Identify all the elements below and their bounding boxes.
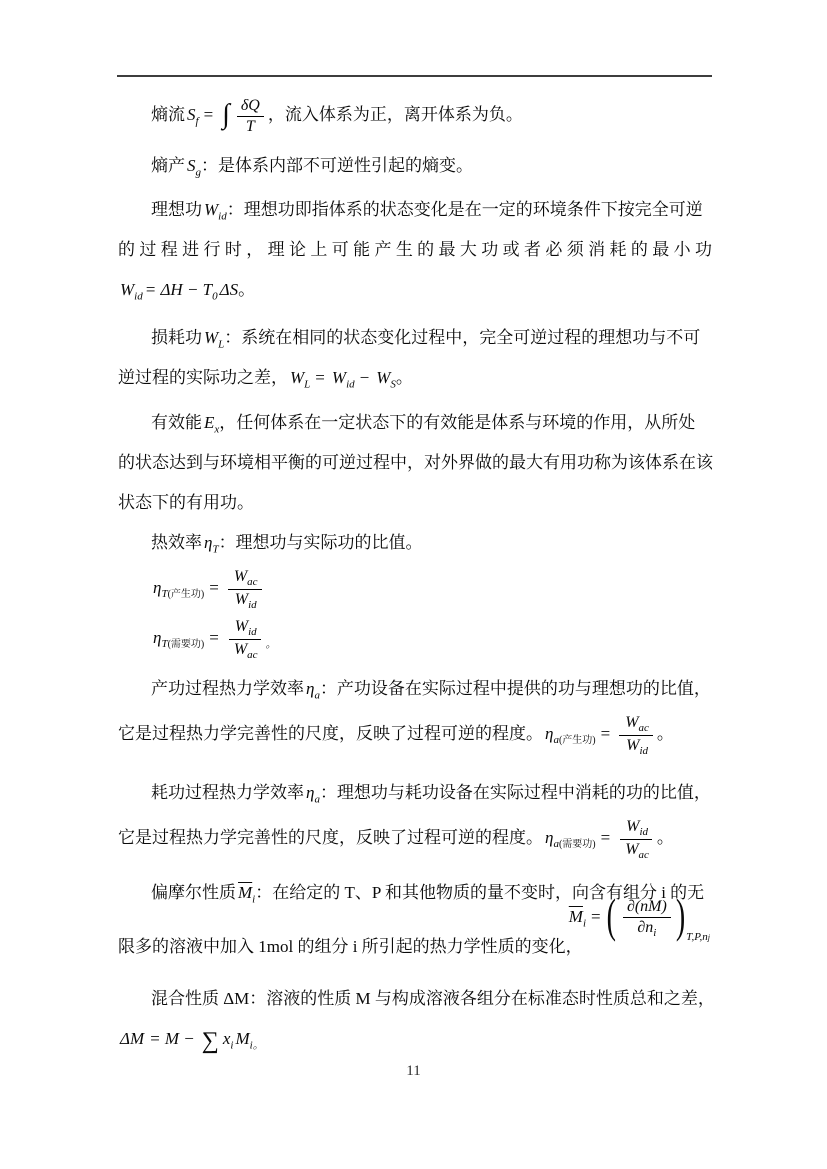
text-run: 理想功 xyxy=(151,200,202,219)
fraction-denominator: Wac xyxy=(228,640,262,661)
math-sub: T(产生功) xyxy=(161,588,204,600)
period: 。 xyxy=(657,724,674,743)
para-entropy-flow: 熵流Sf=∫δQT，流入体系为正，离开体系为负。 xyxy=(118,88,712,142)
para-exergy: 有效能Ex，任何体系在一定状态下的有效能是体系与环境的作用，从所处 的状态达到与… xyxy=(118,403,712,523)
math-var: S xyxy=(187,156,196,175)
formula-ideal-work: Wid= ΔH − T0ΔS。 xyxy=(118,270,712,310)
math-sub-label: (产生功) xyxy=(168,589,205,600)
text-line: 损耗功WL：系统在相同的状态变化过程中，完全可逆过程的理想功与不可 xyxy=(118,318,712,358)
math-sub: id xyxy=(218,210,227,222)
fraction: ∂(nM)∂ni xyxy=(621,897,671,939)
document-page: 熵流Sf=∫δQT，流入体系为正，离开体系为负。 熵产Sg：是体系内部不可逆性引… xyxy=(0,0,827,1169)
text-line: 它是过程热力学完善性的尺度，反映了过程可逆的程度。ηa(需要功)=WidWac。 xyxy=(118,813,712,863)
fraction-numerator: Wac xyxy=(228,567,262,589)
math-sub: id xyxy=(346,378,355,390)
period: 。 xyxy=(253,1039,264,1051)
fraction-numerator: ∂(nM) xyxy=(623,897,671,918)
text-run: 逆过程的实际功之差， xyxy=(118,368,288,387)
math-var: S xyxy=(187,105,196,124)
para-thermal-efficiency: 热效率ηT：理想功与实际功的比值。 xyxy=(118,523,712,563)
formula-line: ηT(产生功)=WacWid xyxy=(118,563,712,613)
math-var: W xyxy=(204,200,218,219)
fraction: WidWac xyxy=(619,817,653,860)
text-run: 。 xyxy=(396,368,413,387)
math-var: W xyxy=(204,328,218,347)
math-var: M xyxy=(235,1029,249,1048)
math-sub: f xyxy=(196,115,199,127)
math-var: ΔM xyxy=(120,1029,144,1048)
math-var: W xyxy=(290,368,304,387)
para-entropy-generation: 熵产Sg：是体系内部不可逆性引起的熵变。 xyxy=(118,146,712,186)
math-var-overline: M xyxy=(569,907,583,926)
math-var: W xyxy=(120,280,134,299)
text-run: ：产功设备在实际过程中提供的功与理想功的比值， xyxy=(320,679,711,698)
math-sub-label: (产生功) xyxy=(559,735,596,746)
fraction-numerator: Wid xyxy=(620,817,652,839)
math-outer-sub: T,P,nj xyxy=(686,931,710,943)
math-operator: = xyxy=(601,828,611,847)
right-paren: ) xyxy=(676,894,685,942)
math-var: E xyxy=(204,413,214,432)
text-run: 熵流 xyxy=(151,105,185,124)
text-run: 损耗功 xyxy=(151,328,202,347)
text-run: ：系统在相同的状态变化过程中，完全可逆过程的理想功与不可 xyxy=(224,328,700,347)
math-sub: L xyxy=(304,378,310,390)
para-ideal-work: 理想功Wid：理想功即指体系的状态变化是在一定的环境条件下按完全可逆 的过程进行… xyxy=(118,190,712,310)
math-sub-label: (需要功) xyxy=(168,639,205,650)
math-operator: = xyxy=(204,105,214,124)
fraction-numerator: Wid xyxy=(229,617,261,639)
math-var-overline: M xyxy=(238,883,252,902)
text-line: 有效能Ex，任何体系在一定状态下的有效能是体系与环境的作用，从所处 xyxy=(118,403,712,443)
formula-eta-t-need: ηT(需要功)=WidWac。 xyxy=(118,613,712,663)
text-run: 产功过程热力学效率 xyxy=(151,679,304,698)
math-operator: = xyxy=(601,724,611,743)
math-operator: = xyxy=(315,368,325,387)
header-rule xyxy=(117,75,712,77)
text-run: 它是过程热力学完善性的尺度，反映了过程可逆的程度。 xyxy=(118,724,543,743)
text-line: 它是过程热力学完善性的尺度，反映了过程可逆的程度。ηa(产生功)=WacWid。 xyxy=(118,709,712,759)
text-line: 熵产Sg：是体系内部不可逆性引起的熵变。 xyxy=(118,146,712,186)
text-line: 的状态达到与环境相平衡的可逆过程中，对外界做的最大有用功称为该体系在该 xyxy=(118,443,712,483)
text-line: 熵流Sf=∫δQT，流入体系为正，离开体系为负。 xyxy=(118,88,712,142)
text-run: 耗功过程热力学效率 xyxy=(151,783,304,802)
math-expression: = ΔH − T xyxy=(145,280,212,299)
para-lost-work: 损耗功WL：系统在相同的状态变化过程中，完全可逆过程的理想功与不可 逆过程的实际… xyxy=(118,318,712,398)
fraction: WidWac xyxy=(228,617,262,660)
text-run: 熵产 xyxy=(151,156,185,175)
math-sub: a(需要功) xyxy=(553,838,595,850)
text-line: 逆过程的实际功之差，WL=Wid−WS。 xyxy=(118,358,712,398)
text-run: 热效率 xyxy=(151,533,202,552)
text-line: 混合性质 ΔM：溶液的性质 M 与构成溶液各组分在标准态时性质总和之差， xyxy=(118,979,712,1019)
math-var: W xyxy=(332,368,346,387)
text-line: 的过程进行时，理论上可能产生的最大功或者必须消耗的最小功 xyxy=(118,230,712,270)
math-sub: id xyxy=(134,290,143,302)
text-line: 产功过程热力学效率ηa：产功设备在实际过程中提供的功与理想功的比值， xyxy=(118,669,712,709)
fraction-denominator: Wac xyxy=(619,840,653,861)
para-work-producing-efficiency: 产功过程热力学效率ηa：产功设备在实际过程中提供的功与理想功的比值， 它是过程热… xyxy=(118,669,712,759)
formula-partial-molar: Mi=(∂(nM)∂ni)T,P,nj xyxy=(567,897,710,943)
formula-eta-t-produce: ηT(产生功)=WacWid xyxy=(118,563,712,613)
period: 。 xyxy=(657,828,674,847)
para-mixing-property: 混合性质 ΔM：溶液的性质 M 与构成溶液各组分在标准态时性质总和之差， ΔM=… xyxy=(118,979,712,1061)
math-sub: a(产生功) xyxy=(553,734,595,746)
fraction-denominator: T xyxy=(242,117,259,137)
fraction-denominator: Wid xyxy=(620,736,652,757)
text-run: ，流入体系为正，离开体系为负。 xyxy=(268,105,523,124)
formula-mixing: ΔM= M −∑xiMi。 xyxy=(118,1019,712,1061)
fraction: δQT xyxy=(235,96,264,137)
math-sub: T(需要功) xyxy=(161,638,204,650)
left-paren: ( xyxy=(607,894,616,942)
math-var: W xyxy=(376,368,390,387)
text-run: 有效能 xyxy=(151,413,202,432)
formula-line: ηT(需要功)=WidWac。 xyxy=(118,613,712,663)
text-line: 热效率ηT：理想功与实际功的比值。 xyxy=(118,523,712,563)
page-number: 11 xyxy=(0,1063,827,1080)
math-operator: = xyxy=(209,628,219,647)
text-run: ：是体系内部不可逆性引起的熵变。 xyxy=(201,156,473,175)
math-sub: i xyxy=(583,917,586,929)
text-run: ：理想功即指体系的状态变化是在一定的环境条件下按完全可逆 xyxy=(227,200,703,219)
math-sub: 0 xyxy=(212,290,218,302)
fraction-numerator: δQ xyxy=(237,96,264,117)
fraction-denominator: ∂ni xyxy=(631,918,660,939)
math-expression: ΔS xyxy=(220,280,238,299)
text-run: ：理想功与耗功设备在实际过程中消耗的功的比值， xyxy=(320,783,711,802)
fraction-numerator: Wac xyxy=(619,713,653,735)
math-operator: = xyxy=(209,578,219,597)
math-sub-label: (需要功) xyxy=(559,839,596,850)
fraction: WacWid xyxy=(228,567,262,610)
text-run: ：理想功与实际功的比值。 xyxy=(219,533,423,552)
document-body: 熵流Sf=∫δQT，流入体系为正，离开体系为负。 熵产Sg：是体系内部不可逆性引… xyxy=(118,88,712,1061)
text-run: ，任何体系在一定状态下的有效能是体系与环境的作用，从所处 xyxy=(219,413,695,432)
math-expression: = M − xyxy=(149,1029,195,1048)
sum-sign: ∑ xyxy=(202,1028,219,1054)
text-run: 它是过程热力学完善性的尺度，反映了过程可逆的程度。 xyxy=(118,828,543,847)
text-run: 偏摩尔性质 xyxy=(151,883,236,902)
para-partial-molar-property: 偏摩尔性质Mi：在给定的 T、P 和其他物质的量不变时，向含有组分 i 的无 限… xyxy=(118,873,712,967)
para-work-consuming-efficiency: 耗功过程热力学效率ηa：理想功与耗功设备在实际过程中消耗的功的比值， 它是过程热… xyxy=(118,773,712,863)
text-line: 理想功Wid：理想功即指体系的状态变化是在一定的环境条件下按完全可逆 xyxy=(118,190,712,230)
text-run: 。 xyxy=(238,280,255,299)
math-operator: = xyxy=(591,907,601,926)
text-line: 状态下的有用功。 xyxy=(118,483,712,523)
math-sub: i xyxy=(230,1039,233,1051)
integral-sign: ∫ xyxy=(222,99,230,130)
period: 。 xyxy=(266,638,277,650)
fraction-denominator: Wid xyxy=(229,590,261,611)
text-line: 耗功过程热力学效率ηa：理想功与耗功设备在实际过程中消耗的功的比值， xyxy=(118,773,712,813)
fraction: WacWid xyxy=(619,713,653,756)
math-operator: − xyxy=(360,368,370,387)
